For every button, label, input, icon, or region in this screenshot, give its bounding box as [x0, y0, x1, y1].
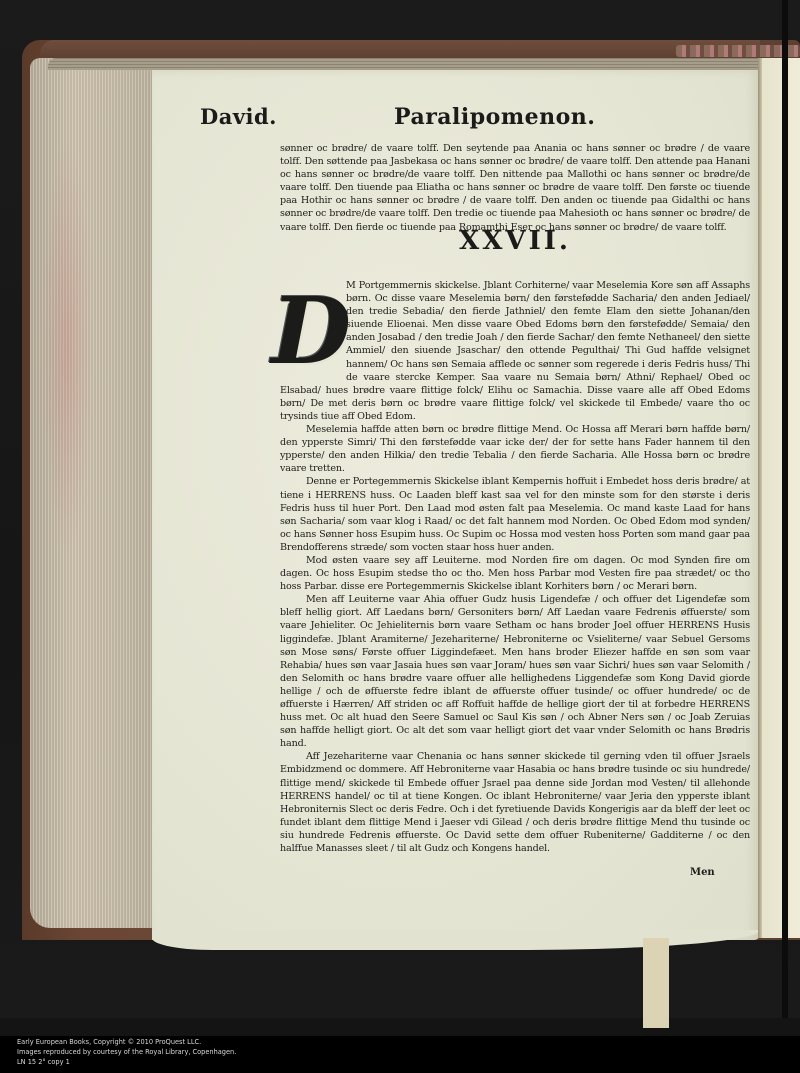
paragraph-2: Meselemia haffde atten børn oc brødre fl… — [280, 423, 750, 475]
paragraph-5: Men aff Leuiterne vaar Ahia offuer Gudz … — [280, 593, 750, 750]
paragraph-3: Denne er Portegemmernis Skickelse iblant… — [280, 475, 750, 554]
running-head-title: Paralipomenon. — [394, 104, 595, 130]
paragraph-6: Aff Jezehariterne vaar Chenania oc hans … — [280, 750, 750, 855]
cover-top-edge — [40, 40, 760, 60]
facing-page — [762, 58, 800, 938]
scan-divider — [782, 0, 788, 1018]
footer-copyright: Early European Books, Copyright © 2010 P… — [17, 1038, 201, 1046]
red-edge-stain — [42, 138, 92, 558]
running-head: David. Paralipomenon. — [200, 104, 740, 138]
page-stack-top — [48, 58, 760, 70]
catchword: Men — [690, 867, 715, 878]
footer-courtesy: Images reproduced by courtesy of the Roy… — [17, 1048, 236, 1056]
continued-paragraph: sønner oc brødre/ de vaare tolff. Den se… — [280, 142, 750, 234]
initial-letter: D — [271, 285, 351, 377]
fore-edge-page-block — [30, 58, 152, 928]
footer-shelfmark: LN 15 2° copy 1 — [17, 1058, 70, 1066]
chapter-body: D M Portgemmernis skickelse. Jblant Corh… — [280, 279, 750, 855]
copyright-footer: Early European Books, Copyright © 2010 P… — [0, 1036, 800, 1073]
paper-tape-strip — [643, 938, 669, 1028]
paragraph-4: Mod østen vaare sey aff Leuiterne. mod N… — [280, 554, 750, 593]
decorated-initial: D — [280, 279, 342, 383]
paragraph-1: M Portgemmernis skickelse. Jblant Corhit… — [280, 279, 750, 423]
chapter-number: XXVII. — [440, 226, 590, 256]
paragraph: sønner oc brødre/ de vaare tolff. Den se… — [280, 142, 750, 234]
running-head-left: David. — [200, 104, 277, 129]
